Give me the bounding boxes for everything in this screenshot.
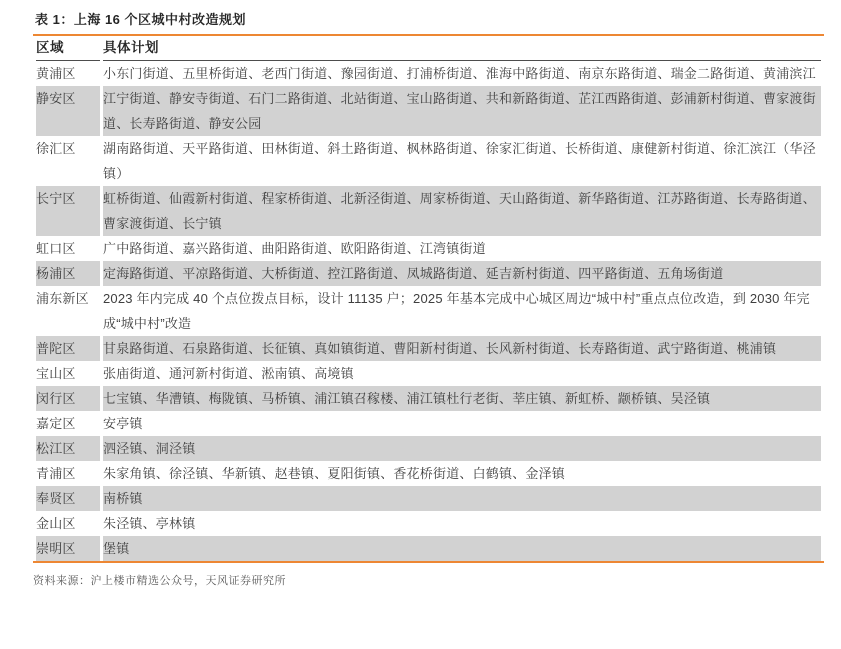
table-body: 黄浦区小东门街道、五里桥街道、老西门街道、豫园街道、打浦桥街道、淮海中路街道、南… <box>36 61 821 561</box>
region-cell: 嘉定区 <box>36 411 100 436</box>
plan-cell: 堡镇 <box>103 536 821 561</box>
table-row: 普陀区甘泉路街道、石泉路街道、长征镇、真如镇街道、曹阳新村街道、长风新村街道、长… <box>36 336 821 361</box>
plan-cell: 江宁街道、静安寺街道、石门二路街道、北站街道、宝山路街道、共和新路街道、芷江西路… <box>103 86 821 136</box>
table-row: 虹口区广中路街道、嘉兴路街道、曲阳路街道、欧阳路街道、江湾镇街道 <box>36 236 821 261</box>
plan-cell: 泗泾镇、洞泾镇 <box>103 436 821 461</box>
region-cell: 青浦区 <box>36 461 100 486</box>
table-row: 静安区江宁街道、静安寺街道、石门二路街道、北站街道、宝山路街道、共和新路街道、芷… <box>36 86 821 136</box>
table-row: 崇明区堡镇 <box>36 536 821 561</box>
region-cell: 杨浦区 <box>36 261 100 286</box>
region-cell: 奉贤区 <box>36 486 100 511</box>
plan-cell: 甘泉路街道、石泉路街道、长征镇、真如镇街道、曹阳新村街道、长风新村街道、长寿路街… <box>103 336 821 361</box>
plan-cell: 广中路街道、嘉兴路街道、曲阳路街道、欧阳路街道、江湾镇街道 <box>103 236 821 261</box>
col-header-plan: 具体计划 <box>103 36 821 61</box>
bottom-rule <box>33 561 824 563</box>
region-cell: 崇明区 <box>36 536 100 561</box>
plan-cell: 安亭镇 <box>103 411 821 436</box>
plan-cell: 朱家角镇、徐泾镇、华新镇、赵巷镇、夏阳街镇、香花桥街道、白鹤镇、金泽镇 <box>103 461 821 486</box>
plan-cell: 湖南路街道、天平路街道、田林街道、斜土路街道、枫林路街道、徐家汇街道、长桥街道、… <box>103 136 821 186</box>
table-row: 宝山区张庙街道、通河新村街道、淞南镇、高境镇 <box>36 361 821 386</box>
region-cell: 闵行区 <box>36 386 100 411</box>
plan-cell: 朱泾镇、亭林镇 <box>103 511 821 536</box>
region-cell: 金山区 <box>36 511 100 536</box>
plan-cell: 小东门街道、五里桥街道、老西门街道、豫园街道、打浦桥街道、淮海中路街道、南京东路… <box>103 61 821 86</box>
table-title: 表 1：上海 16 个区城中村改造规划 <box>35 12 824 28</box>
table-row: 黄浦区小东门街道、五里桥街道、老西门街道、豫园街道、打浦桥街道、淮海中路街道、南… <box>36 61 821 86</box>
source-note: 资料来源：沪上楼市精选公众号，天风证券研究所 <box>33 572 824 588</box>
table-row: 长宁区虹桥街道、仙霞新村街道、程家桥街道、北新泾街道、周家桥街道、天山路街道、新… <box>36 186 821 236</box>
region-cell: 静安区 <box>36 86 100 136</box>
table-row: 松江区泗泾镇、洞泾镇 <box>36 436 821 461</box>
table-row: 杨浦区定海路街道、平凉路街道、大桥街道、控江路街道、凤城路街道、延吉新村街道、四… <box>36 261 821 286</box>
plan-cell: 七宝镇、华漕镇、梅陇镇、马桥镇、浦江镇召稼楼、浦江镇杜行老街、莘庄镇、新虹桥、颛… <box>103 386 821 411</box>
col-header-region: 区域 <box>36 36 100 61</box>
table-row: 奉贤区南桥镇 <box>36 486 821 511</box>
table-row: 嘉定区安亭镇 <box>36 411 821 436</box>
region-cell: 黄浦区 <box>36 61 100 86</box>
table-row: 青浦区朱家角镇、徐泾镇、华新镇、赵巷镇、夏阳街镇、香花桥街道、白鹤镇、金泽镇 <box>36 461 821 486</box>
plan-cell: 张庙街道、通河新村街道、淞南镇、高境镇 <box>103 361 821 386</box>
report-table-figure: 表 1：上海 16 个区城中村改造规划 区域 具体计划 黄浦区小东门街道、五里桥… <box>0 0 841 649</box>
region-cell: 长宁区 <box>36 186 100 236</box>
table-row: 徐汇区湖南路街道、天平路街道、田林街道、斜土路街道、枫林路街道、徐家汇街道、长桥… <box>36 136 821 186</box>
region-cell: 松江区 <box>36 436 100 461</box>
plan-cell: 定海路街道、平凉路街道、大桥街道、控江路街道、凤城路街道、延吉新村街道、四平路街… <box>103 261 821 286</box>
table-row: 金山区朱泾镇、亭林镇 <box>36 511 821 536</box>
plan-cell: 2023 年内完成 40 个点位拨点目标，设计 11135 户；2025 年基本… <box>103 286 821 336</box>
plan-cell: 南桥镇 <box>103 486 821 511</box>
region-cell: 虹口区 <box>36 236 100 261</box>
region-cell: 徐汇区 <box>36 136 100 186</box>
header-row: 区域 具体计划 <box>36 36 821 61</box>
region-cell: 普陀区 <box>36 336 100 361</box>
region-cell: 宝山区 <box>36 361 100 386</box>
plan-cell: 虹桥街道、仙霞新村街道、程家桥街道、北新泾街道、周家桥街道、天山路街道、新华路街… <box>103 186 821 236</box>
region-cell: 浦东新区 <box>36 286 100 336</box>
plan-table: 区域 具体计划 黄浦区小东门街道、五里桥街道、老西门街道、豫园街道、打浦桥街道、… <box>33 36 824 561</box>
table-row: 闵行区七宝镇、华漕镇、梅陇镇、马桥镇、浦江镇召稼楼、浦江镇杜行老街、莘庄镇、新虹… <box>36 386 821 411</box>
table-row: 浦东新区2023 年内完成 40 个点位拨点目标，设计 11135 户；2025… <box>36 286 821 336</box>
